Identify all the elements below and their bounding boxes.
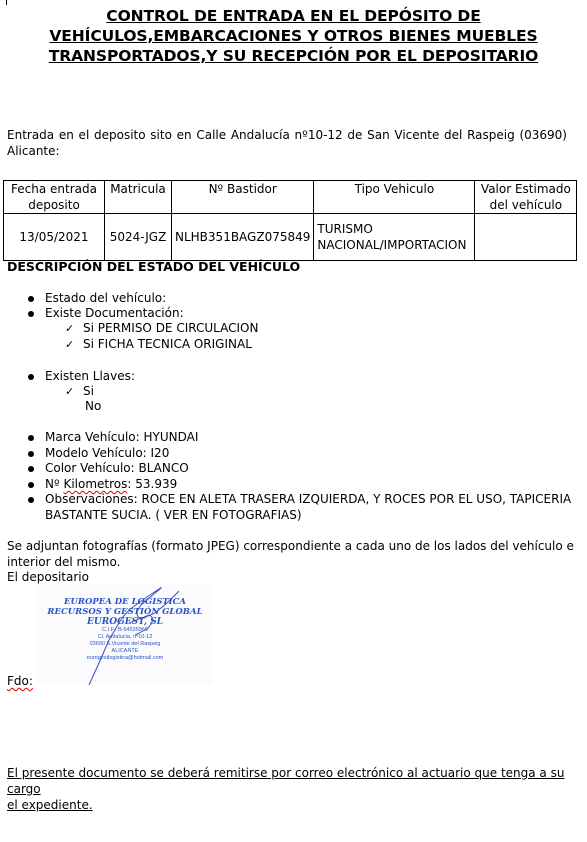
header-valor: Valor Estimado del vehículo — [475, 181, 577, 214]
checkmark-icon: ✓ — [65, 384, 74, 399]
title-line-3: TRANSPORTADOS,Y SU RECEPCIÓN POR EL DEPO… — [0, 46, 587, 66]
title-line-1: CONTROL DE ENTRADA EN EL DEPÓSITO DE — [0, 6, 587, 26]
header-valor-line-1: Valor Estimado — [478, 181, 573, 197]
item-llaves: Existen Llaves: — [45, 369, 135, 385]
bullet-icon — [28, 311, 34, 317]
cell-valor — [475, 214, 577, 261]
km-prefix: Nº — [45, 477, 63, 491]
doc-item-ficha: Si FICHA TECNICA ORIGINAL — [83, 337, 252, 353]
item-color: Color Vehículo: BLANCO — [45, 461, 189, 477]
bullet-icon — [28, 497, 34, 503]
bullet-icon — [28, 451, 34, 457]
item-estado: Estado del vehículo: — [45, 291, 166, 307]
photos-note-line-2: interior del mismo. — [7, 554, 120, 570]
table-row: 13/05/2021 5024-JGZ NLHB351BAGZ075849 TU… — [4, 214, 577, 261]
doc-item-permiso: Si PERMISO DE CIRCULACION — [83, 321, 258, 337]
cell-fecha: 13/05/2021 — [4, 214, 105, 261]
signature-scribble-icon — [37, 585, 213, 685]
signature-label-text: Fdo: — [7, 674, 33, 688]
intro-paragraph: Entrada en el deposito sito en Calle And… — [7, 127, 567, 159]
bullet-icon — [28, 466, 34, 472]
header-bastidor: Nº Bastidor — [172, 181, 314, 214]
text-cursor — [6, 0, 7, 5]
bullet-icon — [28, 435, 34, 441]
footer-note: El presente documento se deberá remitirs… — [7, 765, 572, 813]
cell-bastidor: NLHB351BAGZ075849 — [172, 214, 314, 261]
km-word: Kilometros — [63, 477, 127, 491]
vehicle-table: Fecha entrada deposito Matricula Nº Bast… — [3, 180, 577, 261]
item-observaciones: Observaciones: ROCE EN ALETA TRASERA IZQ… — [45, 492, 571, 508]
header-fecha: Fecha entrada deposito — [4, 181, 105, 214]
footer-line-1: El presente documento se deberá remitirs… — [7, 765, 572, 797]
signature-label: Fdo: — [7, 673, 33, 689]
table-header-row: Fecha entrada deposito Matricula Nº Bast… — [4, 181, 577, 214]
cell-matricula: 5024-JGZ — [105, 214, 172, 261]
llaves-si: Si — [83, 384, 94, 400]
bullet-icon — [28, 374, 34, 380]
header-valor-line-2: del vehículo — [478, 197, 573, 213]
bullet-icon — [28, 482, 34, 488]
footer-line-2: el expediente. — [7, 797, 572, 813]
item-marca: Marca Vehículo: HYUNDAI — [45, 430, 198, 446]
cell-tipo-line-1: TURISMO — [317, 221, 471, 237]
header-fecha-line-1: Fecha entrada — [7, 181, 101, 197]
checkmark-icon: ✓ — [65, 337, 74, 352]
company-stamp: EUROPEA DE LOGISTICA RECURSOS Y GESTIÓN … — [37, 585, 213, 685]
checkmark-icon: ✓ — [65, 321, 74, 336]
item-documentacion: Existe Documentación: — [45, 306, 184, 322]
photos-note-line-1: Se adjuntan fotografías (formato JPEG) c… — [7, 538, 574, 554]
bullet-icon — [28, 296, 34, 302]
cell-tipo: TURISMO NACIONAL/IMPORTACION — [314, 214, 475, 261]
item-observaciones-cont: BASTANTE SUCIA. ( VER EN FOTOGRAFIAS) — [45, 508, 302, 524]
document-title: CONTROL DE ENTRADA EN EL DEPÓSITO DE VEH… — [0, 6, 587, 66]
title-line-2: VEHÍCULOS,EMBARCACIONES Y OTROS BIENES M… — [0, 26, 587, 46]
km-value: : 53.939 — [127, 477, 177, 491]
description-heading: DESCRIPCIÓN DEL ESTADO DEL VEHÍCULO — [7, 259, 300, 275]
header-tipo: Tipo Vehiculo — [314, 181, 475, 214]
item-modelo: Modelo Vehículo: I20 — [45, 446, 169, 462]
header-fecha-line-2: deposito — [7, 197, 101, 213]
llaves-no: No — [85, 399, 101, 415]
depositario-label: El depositario — [7, 569, 89, 585]
item-kilometros: Nº Kilometros: 53.939 — [45, 477, 177, 493]
cell-tipo-line-2: NACIONAL/IMPORTACION — [317, 237, 471, 253]
header-matricula: Matricula — [105, 181, 172, 214]
